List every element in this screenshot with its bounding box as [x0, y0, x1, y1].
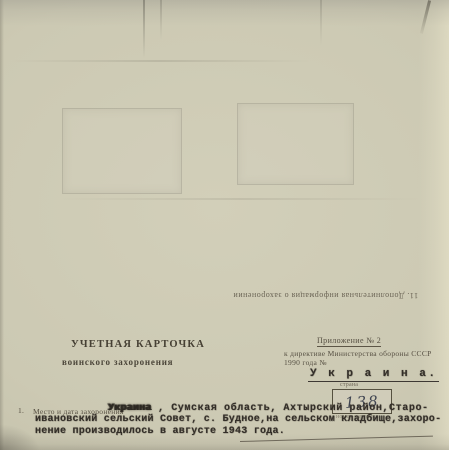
field1-typed-line3: нение производилось в августе 1943 года. [35, 426, 285, 437]
directive-line1: к директиве Министерства обороны СССР [284, 349, 432, 358]
country-typed-value: У к р а и н а. [308, 368, 439, 382]
field1-typed-line1: , Сумская область, Ахтырский район,Старо… [158, 403, 429, 414]
field1-number: 1. [18, 406, 24, 415]
paper-crease-horizontal [10, 60, 310, 62]
scanned-document: 11. Дополнительная информация о захороне… [0, 0, 449, 450]
paper-fold-corner [420, 0, 431, 34]
card-title: УЧЕТНАЯ КАРТОЧКА [71, 339, 205, 350]
card-subtitle: воинского захоронения [62, 357, 173, 367]
paper-crease-vertical [143, 0, 145, 58]
paper-crease-vertical [320, 0, 322, 46]
rotated-section-label: 11. Дополнительная информация о захороне… [233, 291, 418, 300]
country-caption: страна [340, 382, 358, 388]
field1-typed-overstrike: Украина [108, 403, 151, 414]
ghost-photo-frame-right [237, 103, 354, 185]
scan-shadow [0, 424, 40, 450]
field1-typed-line2: ивановский сельский Совет, с. Будное,на … [35, 414, 441, 425]
paper-crease-horizontal [60, 198, 420, 200]
directive-line2: 1990 года № [284, 358, 327, 367]
paper-crease-vertical [160, 0, 162, 40]
annex-label: Приложение № 2 [317, 336, 381, 347]
ghost-photo-frame-left [62, 108, 182, 194]
